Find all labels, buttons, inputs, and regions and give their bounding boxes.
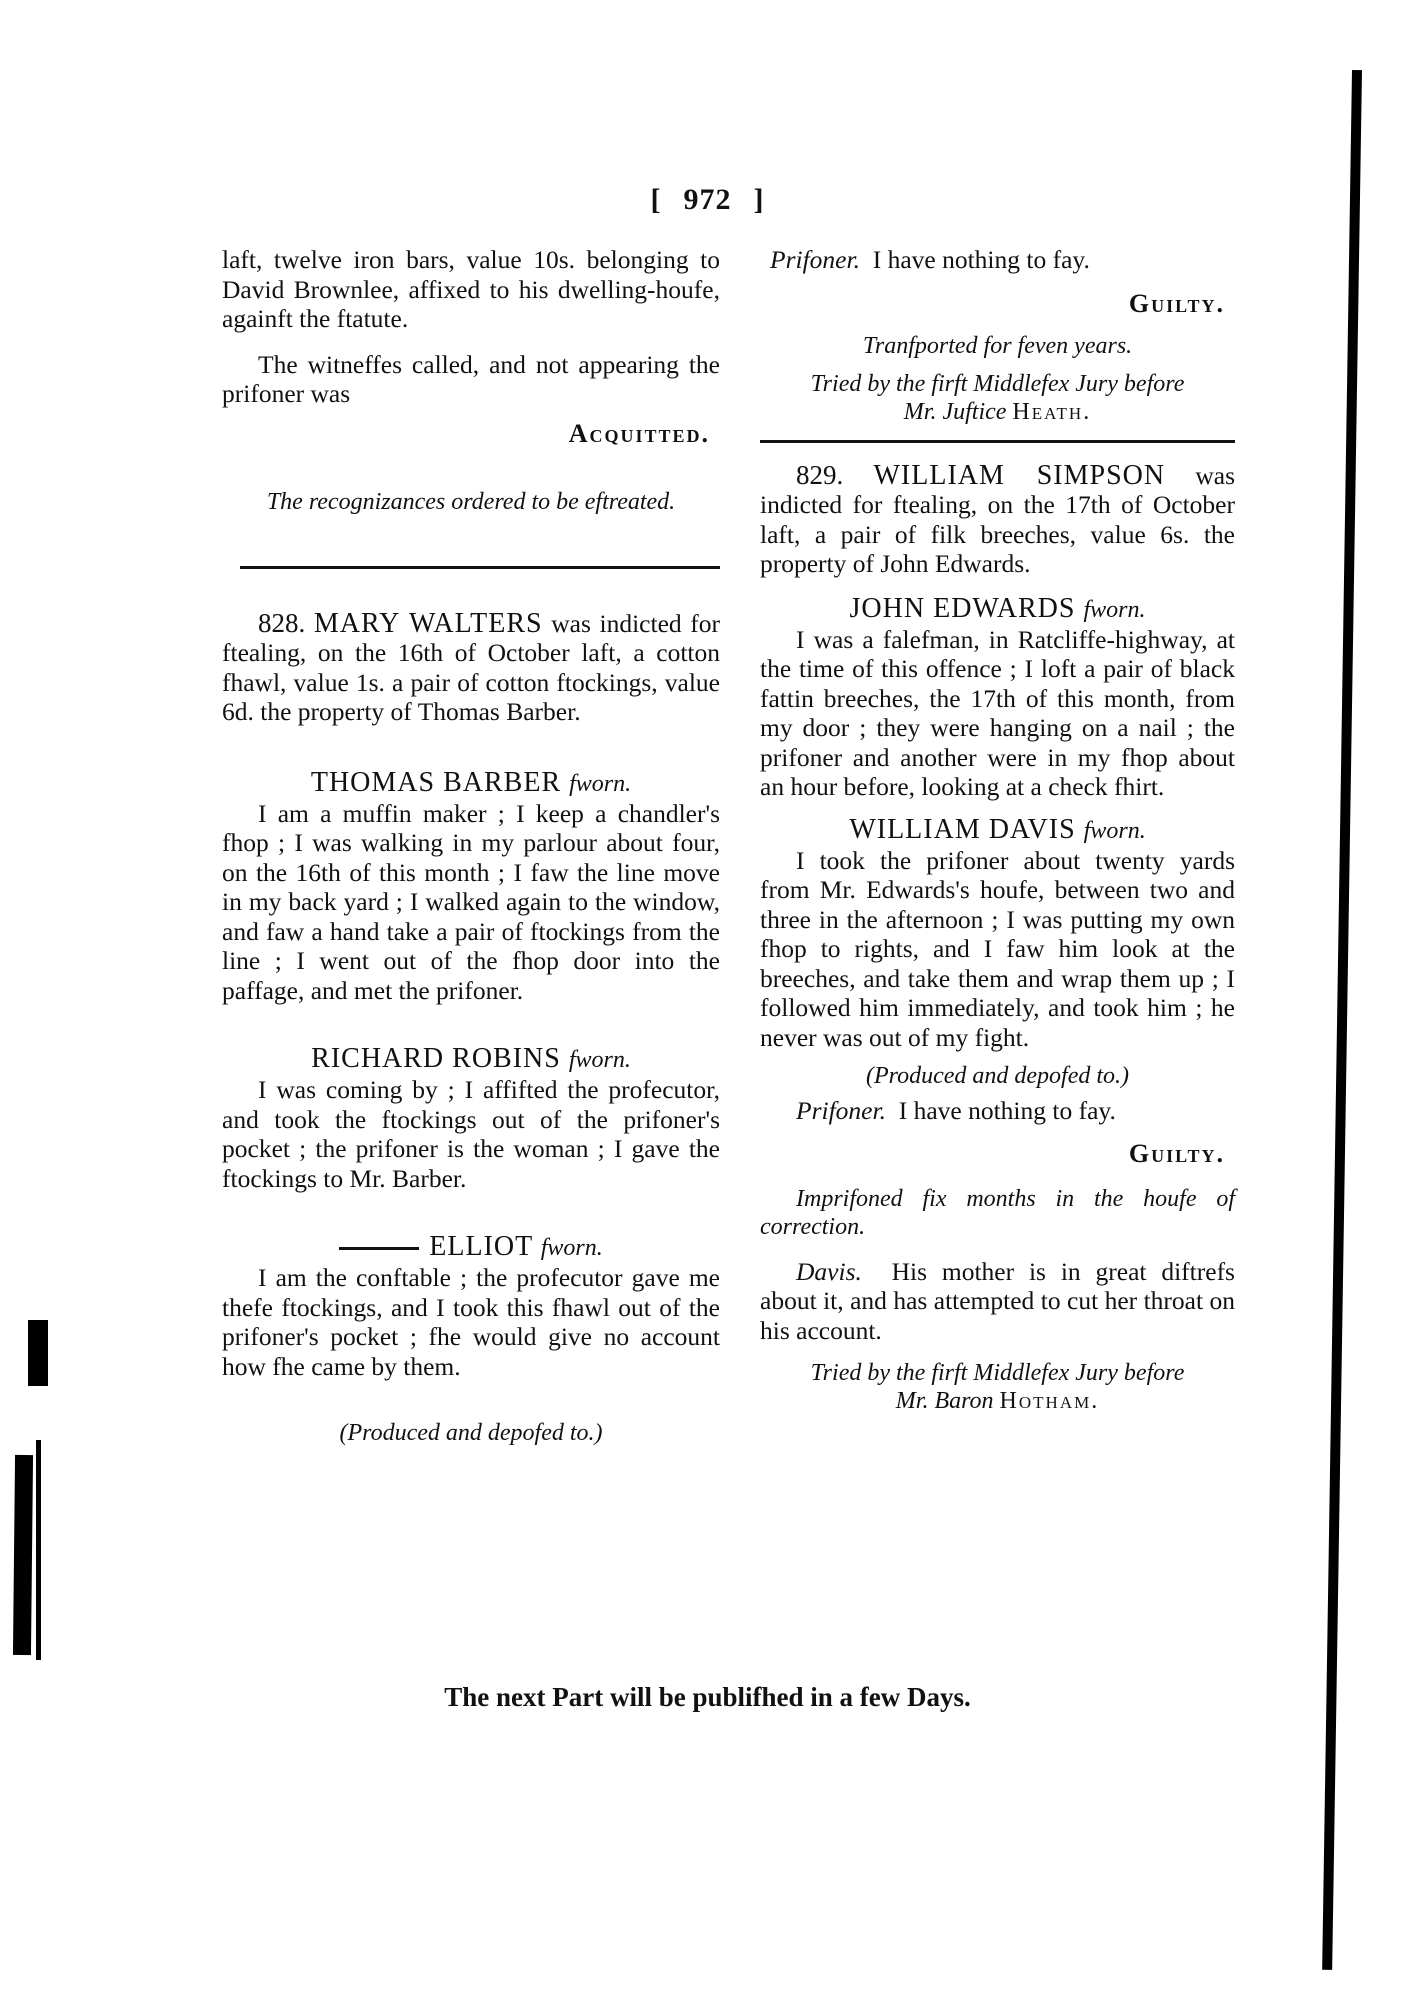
- prisoner-statement: Prifoner. I have nothing to fay.: [760, 245, 1235, 275]
- witness-testimony: I am the conftable ; the profecutor gave…: [222, 1263, 720, 1381]
- continuation-paragraph: laft, twelve iron bars, value 10s. belon…: [222, 245, 720, 334]
- prisoner-statement: Prifoner. I have nothing to fay.: [760, 1096, 1235, 1126]
- witness-heading: THOMAS BARBER fworn.: [222, 767, 720, 799]
- scan-binding-mark: [13, 1455, 33, 1655]
- case-number: 829.: [796, 460, 843, 490]
- page-number: [972]: [0, 183, 1415, 217]
- verdict-guilty: Guilty.: [760, 289, 1235, 319]
- sentence: Imprifoned fix months in the houfe of co…: [760, 1185, 1235, 1241]
- produced-note: (Produced and depofed to.): [760, 1062, 1235, 1092]
- davis-statement: Davis. His mother is in great diftrefs a…: [760, 1257, 1235, 1346]
- defendant-name: WILLIAM SIMPSON: [873, 460, 1165, 491]
- judge-name: Heath.: [1012, 399, 1091, 425]
- right-column: Prifoner. I have nothing to fay. Guilty.…: [760, 245, 1235, 1415]
- footer-note: The next Part will be publifhed in a few…: [0, 1682, 1415, 1713]
- case-number: 828.: [258, 608, 305, 638]
- tried-by-line: Tried by the firft Middlefex Jury before…: [760, 1359, 1235, 1415]
- witness-heading: RICHARD ROBINS fworn.: [222, 1043, 720, 1075]
- document-page: [972] laft, twelve iron bars, value 10s.…: [0, 0, 1415, 2010]
- name-dash: [339, 1247, 419, 1250]
- section-divider: [760, 440, 1235, 443]
- tried-by-line: Tried by the firft Middlefex Jury before…: [760, 370, 1235, 426]
- witness-testimony: I took the prifoner about twenty yards f…: [760, 846, 1235, 1053]
- witness-heading: WILLIAM DAVIS fworn.: [760, 814, 1235, 846]
- page-number-value: 972: [684, 183, 732, 216]
- witness-note: The witneffes called, and not appearing …: [222, 350, 720, 409]
- produced-note: (Produced and depofed to.): [222, 1419, 720, 1449]
- scan-binding-mark: [36, 1440, 41, 1660]
- witness-heading: ELLIOT fworn.: [222, 1231, 720, 1263]
- judge-name: Hotham.: [1000, 1388, 1100, 1414]
- case-829-paragraph: 829. WILLIAM SIMPSON was indicted for ft…: [760, 461, 1235, 579]
- case-828-paragraph: 828. MARY WALTERS was indicted for fteal…: [222, 609, 720, 727]
- section-divider: [240, 566, 720, 569]
- witness-testimony: I was coming by ; I affifted the profecu…: [222, 1075, 720, 1193]
- scan-binding-mark: [28, 1320, 48, 1386]
- verdict-acquitted: Acquitted.: [222, 419, 720, 449]
- witness-testimony: I was a falefman, in Ratcliffe-highway, …: [760, 625, 1235, 802]
- left-column: laft, twelve iron bars, value 10s. belon…: [222, 245, 720, 1449]
- defendant-name: MARY WALTERS: [314, 608, 543, 639]
- verdict-guilty: Guilty.: [760, 1139, 1235, 1169]
- witness-testimony: I am a muffin maker ; I keep a chandler'…: [222, 799, 720, 1006]
- sentence: Tranfported for feven years.: [760, 332, 1235, 362]
- recognizance-note: The recognizances ordered to be eftreate…: [222, 488, 720, 518]
- witness-heading: JOHN EDWARDS fworn.: [760, 593, 1235, 625]
